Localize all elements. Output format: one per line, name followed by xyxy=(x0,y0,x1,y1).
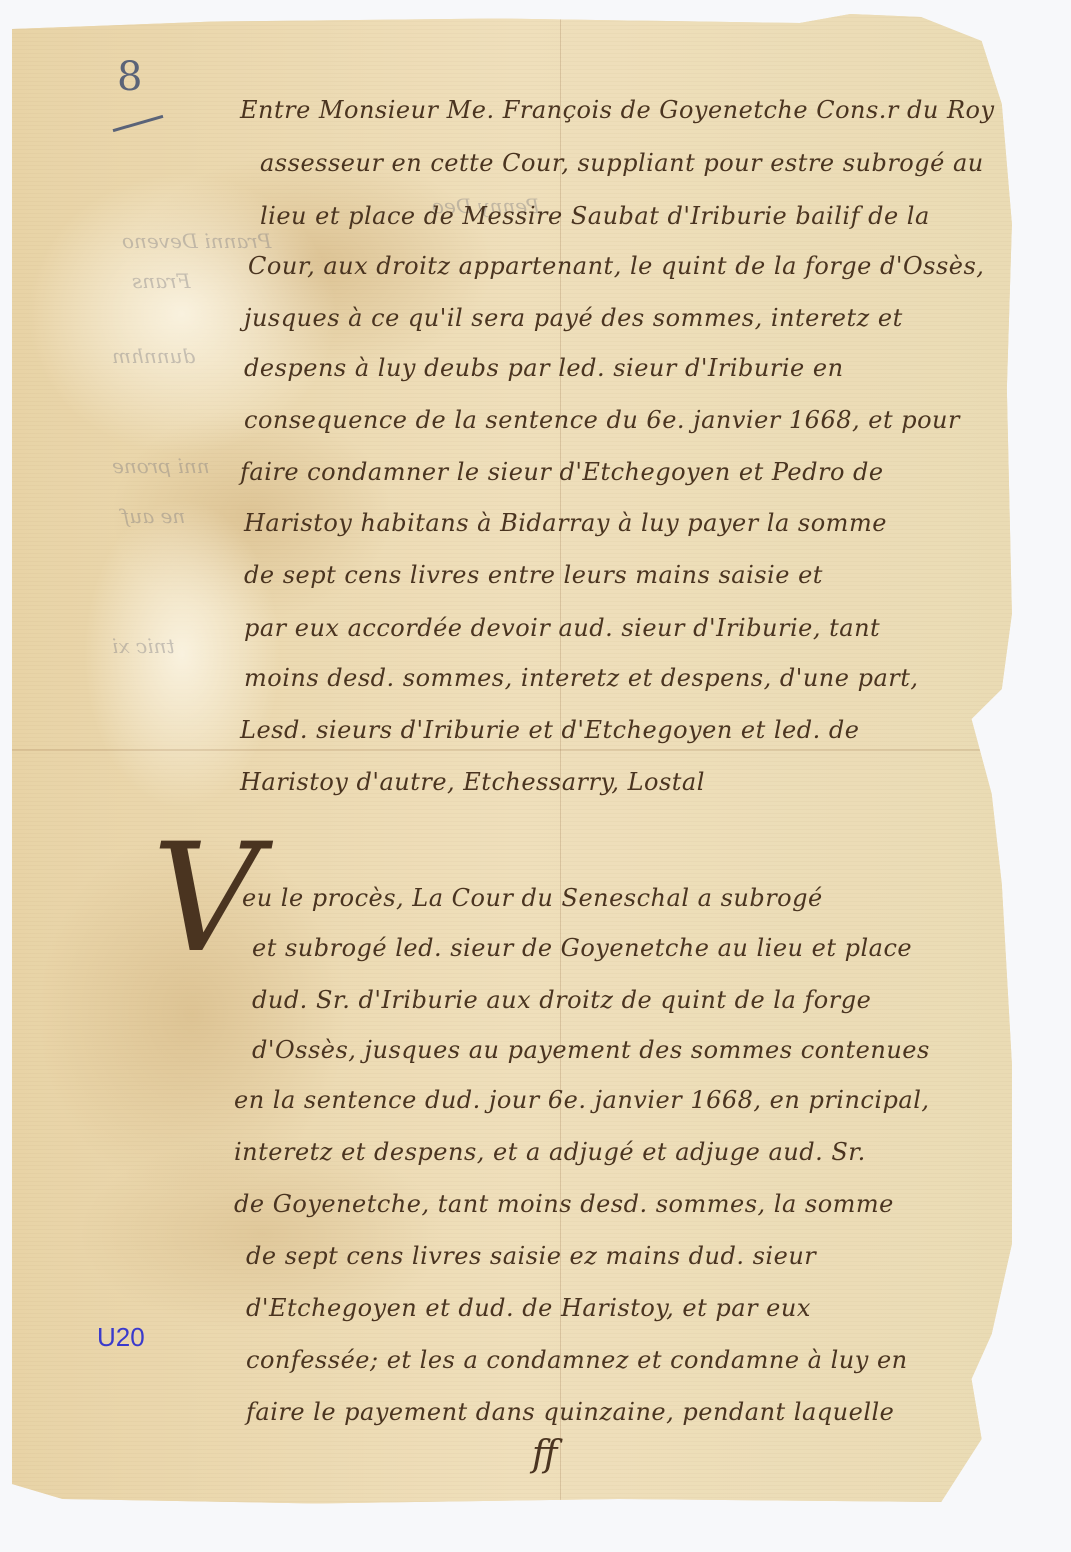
text-line: Cour, aux droitz appartenant, le quint d… xyxy=(248,252,984,280)
text-line: lieu et place de Messire Saubat d'Iribur… xyxy=(260,202,930,230)
text-line: et subrogé led. sieur de Goyenetche au l… xyxy=(252,934,912,962)
text-line: Haristoy habitans à Bidarray à luy payer… xyxy=(244,509,887,537)
text-line: de sept cens livres entre leurs mains sa… xyxy=(244,561,823,589)
text-line: dud. Sr. d'Iriburie aux droitz de quint … xyxy=(252,986,871,1014)
bleed-through-text: Frans xyxy=(132,269,191,293)
text-line: interetz et despens, et a adjugé et adju… xyxy=(234,1138,866,1166)
text-line: Haristoy d'autre, Etchessarry, Lostal xyxy=(240,768,705,796)
text-line: despens à luy deubs par led. sieur d'Iri… xyxy=(244,354,844,382)
text-line: jusques à ce qu'il sera payé des sommes,… xyxy=(244,304,903,332)
folio-number: 8 xyxy=(117,54,142,100)
bleed-through-text: dunnhm xyxy=(112,344,195,368)
text-line: par eux accordée devoir aud. sieur d'Iri… xyxy=(244,614,880,642)
bleed-through-text: nni prone xyxy=(112,454,210,478)
text-line: de sept cens livres saisie ez mains dud.… xyxy=(246,1242,816,1270)
clerk-paraph: ff xyxy=(532,1434,558,1475)
text-line: confessée; et les a condamnez et condamn… xyxy=(246,1346,908,1374)
bleed-through-text: Pranni Deveno xyxy=(122,229,271,253)
text-line: d'Ossès, jusques au payement des sommes … xyxy=(252,1036,930,1064)
folio-underline xyxy=(113,115,164,132)
bleed-through-text: tnic xi xyxy=(112,634,175,658)
text-line: faire le payement dans quinzaine, pendan… xyxy=(246,1398,894,1426)
text-line: Entre Monsieur Me. François de Goyenetch… xyxy=(240,96,995,124)
bleed-through-text: ne auf xyxy=(122,504,185,528)
archive-reference: U20 xyxy=(97,1322,145,1353)
text-line: moins desd. sommes, interetz et despens,… xyxy=(244,664,919,692)
text-line: eu le procès, La Cour du Seneschal a sub… xyxy=(242,884,823,912)
horizontal-fold-line xyxy=(12,749,1022,751)
vertical-fold-line xyxy=(560,14,561,1514)
text-line: faire condamner le sieur d'Etchegoyen et… xyxy=(240,458,884,486)
text-line: d'Etchegoyen et dud. de Haristoy, et par… xyxy=(246,1294,811,1322)
text-line: assesseur en cette Cour, suppliant pour … xyxy=(260,149,984,177)
text-line: Lesd. sieurs d'Iriburie et d'Etchegoyen … xyxy=(240,716,859,744)
text-line: en la sentence dud. jour 6e. janvier 166… xyxy=(234,1086,930,1114)
text-line: consequence de la sentence du 6e. janvie… xyxy=(244,406,960,434)
manuscript-page: Penny Deo Pranni Deveno Frans dunnhm nni… xyxy=(12,14,1022,1514)
text-line: de Goyenetche, tant moins desd. sommes, … xyxy=(234,1190,894,1218)
